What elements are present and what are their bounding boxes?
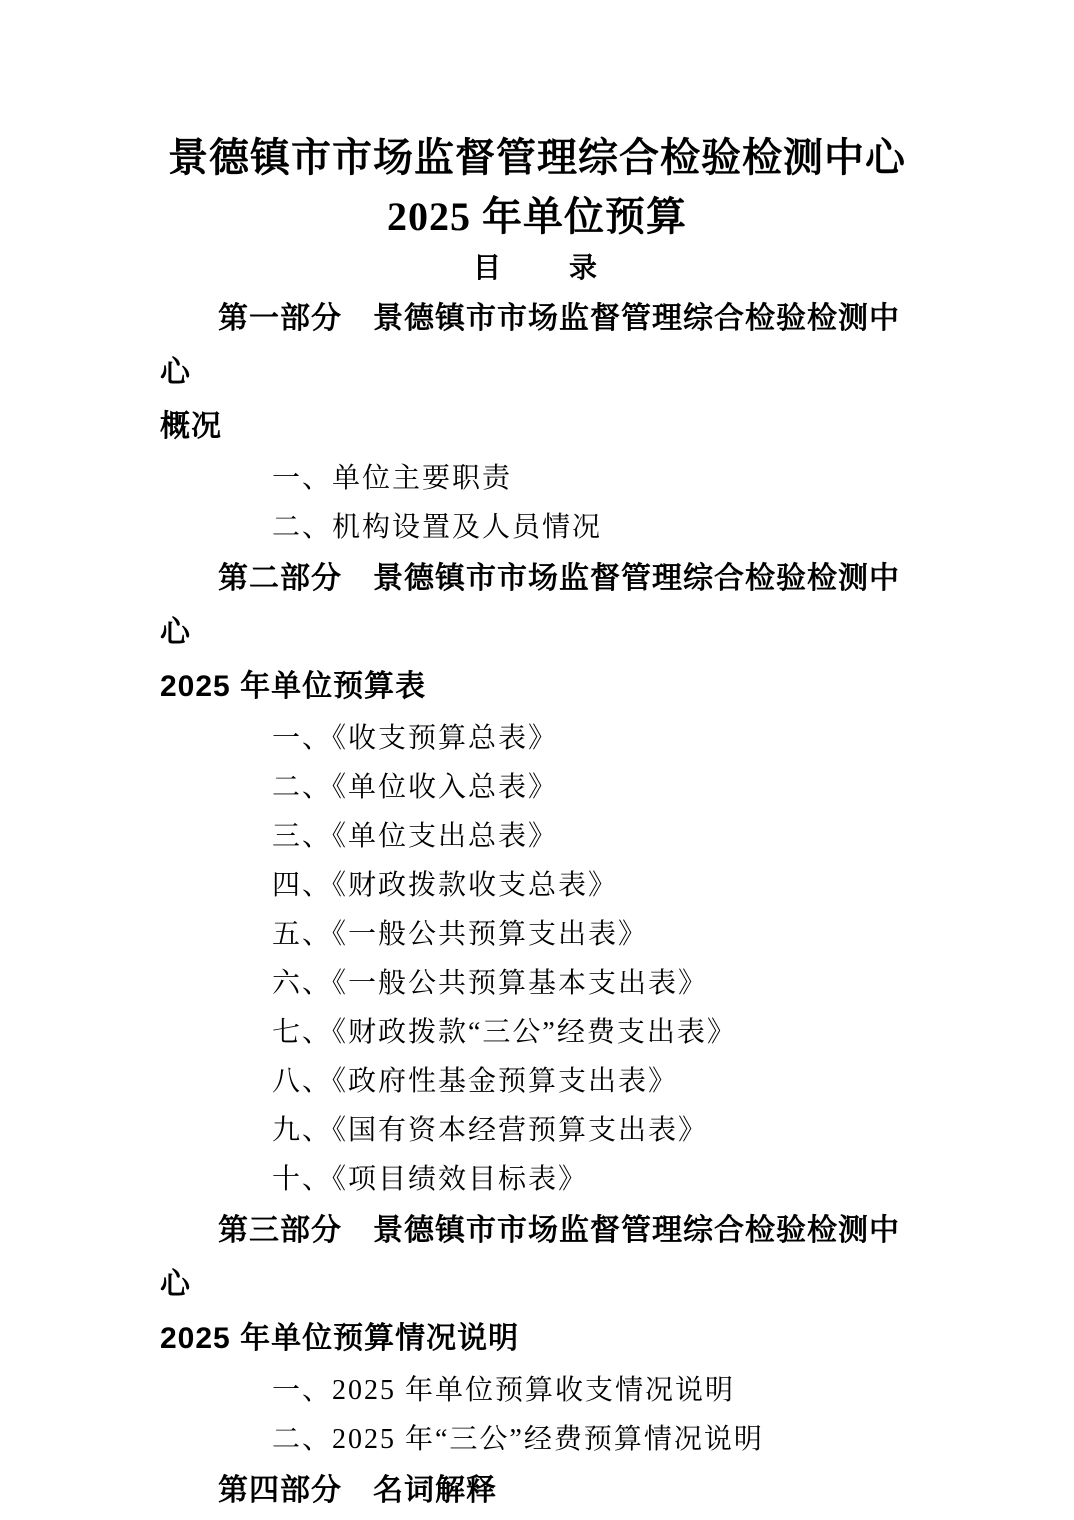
toc-item: 五、《一般公共预算支出表》	[160, 910, 920, 959]
toc-item: 一、《收支预算总表》	[160, 714, 920, 763]
document-header: 景德镇市市场监督管理综合检验检测中心 2025 年单位预算 目 录	[0, 0, 1074, 292]
toc-section-part-2: 第二部分 景德镇市市场监督管理综合检验检测中心 2025 年单位预算表 一、《收…	[160, 552, 920, 1204]
document-page: 景德镇市市场监督管理综合检验检测中心 2025 年单位预算 目 录 第一部分 景…	[0, 0, 1074, 1520]
section-3-heading-line-1: 第三部分 景德镇市市场监督管理综合检验检测中心	[160, 1204, 920, 1312]
section-3-heading: 第三部分 景德镇市市场监督管理综合检验检测中心 2025 年单位预算情况说明	[160, 1204, 920, 1366]
toc-item: 九、《国有资本经营预算支出表》	[160, 1106, 920, 1155]
section-2-heading-line-2: 2025 年单位预算表	[160, 660, 920, 714]
toc-item: 二、机构设置及人员情况	[160, 503, 920, 552]
section-4-heading-line-1: 第四部分 名词解释	[160, 1464, 920, 1518]
toc-item: 一、2025 年单位预算收支情况说明	[160, 1366, 920, 1415]
toc-section-part-1: 第一部分 景德镇市市场监督管理综合检验检测中心 概况 一、单位主要职责 二、机构…	[160, 292, 920, 552]
toc-item: 十、《项目绩效目标表》	[160, 1155, 920, 1204]
toc-item: 七、《财政拨款“三公”经费支出表》	[160, 1008, 920, 1057]
toc-heading: 目 录	[0, 246, 1074, 292]
section-2-heading: 第二部分 景德镇市市场监督管理综合检验检测中心 2025 年单位预算表	[160, 552, 920, 714]
document-title-line-2: 2025 年单位预算	[0, 187, 1074, 246]
section-1-heading-line-1: 第一部分 景德镇市市场监督管理综合检验检测中心	[160, 292, 920, 400]
section-2-heading-line-1: 第二部分 景德镇市市场监督管理综合检验检测中心	[160, 552, 920, 660]
toc-item: 二、《单位收入总表》	[160, 763, 920, 812]
section-4-heading: 第四部分 名词解释	[160, 1464, 920, 1518]
table-of-contents: 第一部分 景德镇市市场监督管理综合检验检测中心 概况 一、单位主要职责 二、机构…	[160, 292, 920, 1518]
section-1-heading: 第一部分 景德镇市市场监督管理综合检验检测中心 概况	[160, 292, 920, 454]
toc-item: 一、单位主要职责	[160, 454, 920, 503]
document-title: 景德镇市市场监督管理综合检验检测中心 2025 年单位预算	[0, 128, 1074, 246]
toc-item: 六、《一般公共预算基本支出表》	[160, 959, 920, 1008]
toc-section-part-4: 第四部分 名词解释	[160, 1464, 920, 1518]
section-1-heading-line-2: 概况	[160, 400, 920, 454]
toc-item: 三、《单位支出总表》	[160, 812, 920, 861]
section-3-heading-line-2: 2025 年单位预算情况说明	[160, 1312, 920, 1366]
toc-item: 四、《财政拨款收支总表》	[160, 861, 920, 910]
document-title-line-1: 景德镇市市场监督管理综合检验检测中心	[0, 128, 1074, 187]
toc-item: 二、2025 年“三公”经费预算情况说明	[160, 1415, 920, 1464]
toc-section-part-3: 第三部分 景德镇市市场监督管理综合检验检测中心 2025 年单位预算情况说明 一…	[160, 1204, 920, 1464]
toc-item: 八、《政府性基金预算支出表》	[160, 1057, 920, 1106]
